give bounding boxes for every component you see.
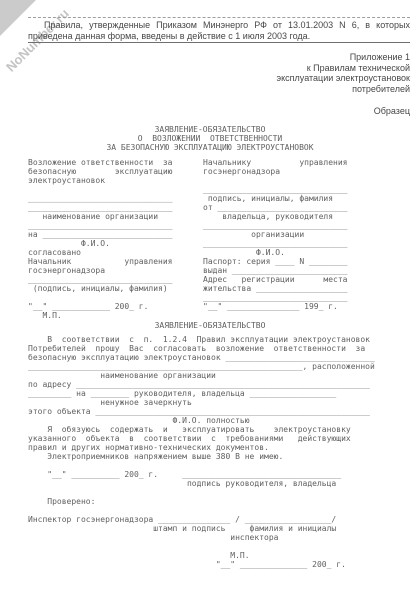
form-line-body: подпись руководителя, владельца [28,479,400,488]
form-line-left: наименование организации [28,212,178,221]
form-line-body [28,542,400,551]
form-line-left [28,293,178,302]
form-line-right: жительства ___________________ [203,284,353,293]
form-line-body: правил и других нормативно-технических д… [28,443,400,452]
appendix-line: эксплуатации электроустановок [277,73,410,84]
form-line-body: Инспектор госэнергонадзора _____________… [28,515,400,524]
appendix-block: Приложение 1к Правилам техническойэксплу… [277,52,410,94]
form-line-body: В соответствии с п. 1.2.4 Правил эксплуа… [28,335,400,344]
note-text: Правила, утвержденные Приказом Минэнерго… [28,20,410,41]
form-line-body: Проверено: [28,497,400,506]
form-line-left: Возложение ответственности за [28,158,178,167]
form-line-left: госэнергонадзора [28,266,178,275]
form-line-body: по адресу ______________________________… [28,380,400,389]
form-line-right [203,176,353,185]
form-line-left: ______________________________ [28,221,178,230]
form-line-body: Потребителей прошу Вас согласовать возло… [28,344,400,353]
sample-label: Образец [374,106,410,116]
form-line-body: Ф.И.О. полностью [28,416,400,425]
form-line-body: Я обязуюсь содержать и эксплуатировать э… [28,425,400,434]
form-line-body: "__" ______________ 200_ г. [28,560,400,569]
appendix-line: потребителей [277,84,410,95]
form-line-body: штамп и подпись фамилия и инициалы [28,524,400,533]
form-line-left: М.П. [28,311,178,320]
form-line-body: указанного объекта в соответствии с треб… [28,434,400,443]
form-line-body [28,488,400,497]
form-line-right: госэнергонадзора [203,167,353,176]
form-line-left: Ф.И.О. [28,239,178,248]
form-line-right: выдан ________________________ [203,266,353,275]
form-line-body: этого объекта __________________________… [28,407,400,416]
form-title-line: ЗА БЕЗОПАСНУЮ ЭКСПЛУАТАЦИЮ ЭЛЕКТРОУСТАНО… [0,143,420,152]
statement-title: ЗАЯВЛЕНИЕ-ОБЯЗАТЕЛЬСТВО [0,321,420,330]
document-page: NoNumber.ru Правила, утвержденные Приказ… [0,0,420,600]
form-line-right: Паспорт: серия ____ N ________ [203,257,353,266]
form-line-left: "__" ____________ 200_ г. [28,302,178,311]
form-line-left: ______________________________ [28,194,178,203]
form-line-body: безопасную эксплуатацию электроустановок… [28,353,400,362]
form-line-body: "__" __________ 200_ г. ________________… [28,470,400,479]
form-line-body: инспектора [28,533,400,542]
form-line-right: ______________________________ [203,239,353,248]
note-box: Правила, утвержденные Приказом Минэнерго… [28,17,410,43]
form-line-body [28,461,400,470]
form-line-left: электроустановок [28,176,178,185]
form-line-right: Адрес регистрации места [203,275,353,284]
form-line-body: ________________________________________… [28,362,400,371]
form-line-body: ненужное зачеркнуть [28,398,400,407]
form-line-left [28,185,178,194]
form-line-body: Электроприемников напряжением выше 380 В… [28,452,400,461]
right-column: Начальнику управлениягосэнергонадзора___… [203,158,353,311]
form-line-right: ______________________________ [203,221,353,230]
form-line-right: от ___________________________ [203,203,353,212]
form-line-body: наименование организации [28,371,400,380]
form-line-left: согласовано [28,248,178,257]
form-line-right: подпись, инициалы, фамилия [203,194,353,203]
form-line-right: ______________________________ [203,293,353,302]
form-line-left: безопасную эксплуатацию [28,167,178,176]
statement-title-text: ЗАЯВЛЕНИЕ-ОБЯЗАТЕЛЬСТВО [0,321,420,330]
statement-body: В соответствии с п. 1.2.4 Правил эксплуа… [28,335,400,569]
form-title-line: О ВОЗЛОЖЕНИИ ОТВЕТСТВЕННОСТИ [0,134,420,143]
form-line-left: на ___________________________ [28,230,178,239]
form-line-right: Ф.И.О. [203,248,353,257]
left-column: Возложение ответственности забезопасную … [28,158,178,320]
form-title-line: ЗАЯВЛЕНИЕ-ОБЯЗАТЕЛЬСТВО [0,125,420,134]
form-line-body: _________ на ________ руководителя, влад… [28,389,400,398]
form-title: ЗАЯВЛЕНИЕ-ОБЯЗАТЕЛЬСТВОО ВОЗЛОЖЕНИИ ОТВЕ… [0,125,420,152]
form-line-right: Начальнику управления [203,158,353,167]
form-line-right: организации [203,230,353,239]
appendix-line: Приложение 1 [277,52,410,63]
form-line-body [28,506,400,515]
form-line-left: Начальник управления [28,257,178,266]
form-line-left: ______________________________ [28,203,178,212]
appendix-line: к Правилам технической [277,63,410,74]
form-line-right: владельца, руководителя [203,212,353,221]
form-line-body: М.П. [28,551,400,560]
form-line-left: ______________________________ [28,275,178,284]
form-line-right: "__" _______________ 199_ г. [203,302,353,311]
form-line-right: ______________________________ [203,185,353,194]
form-line-left: (подпись, инициалы, фамилия) [28,284,178,293]
